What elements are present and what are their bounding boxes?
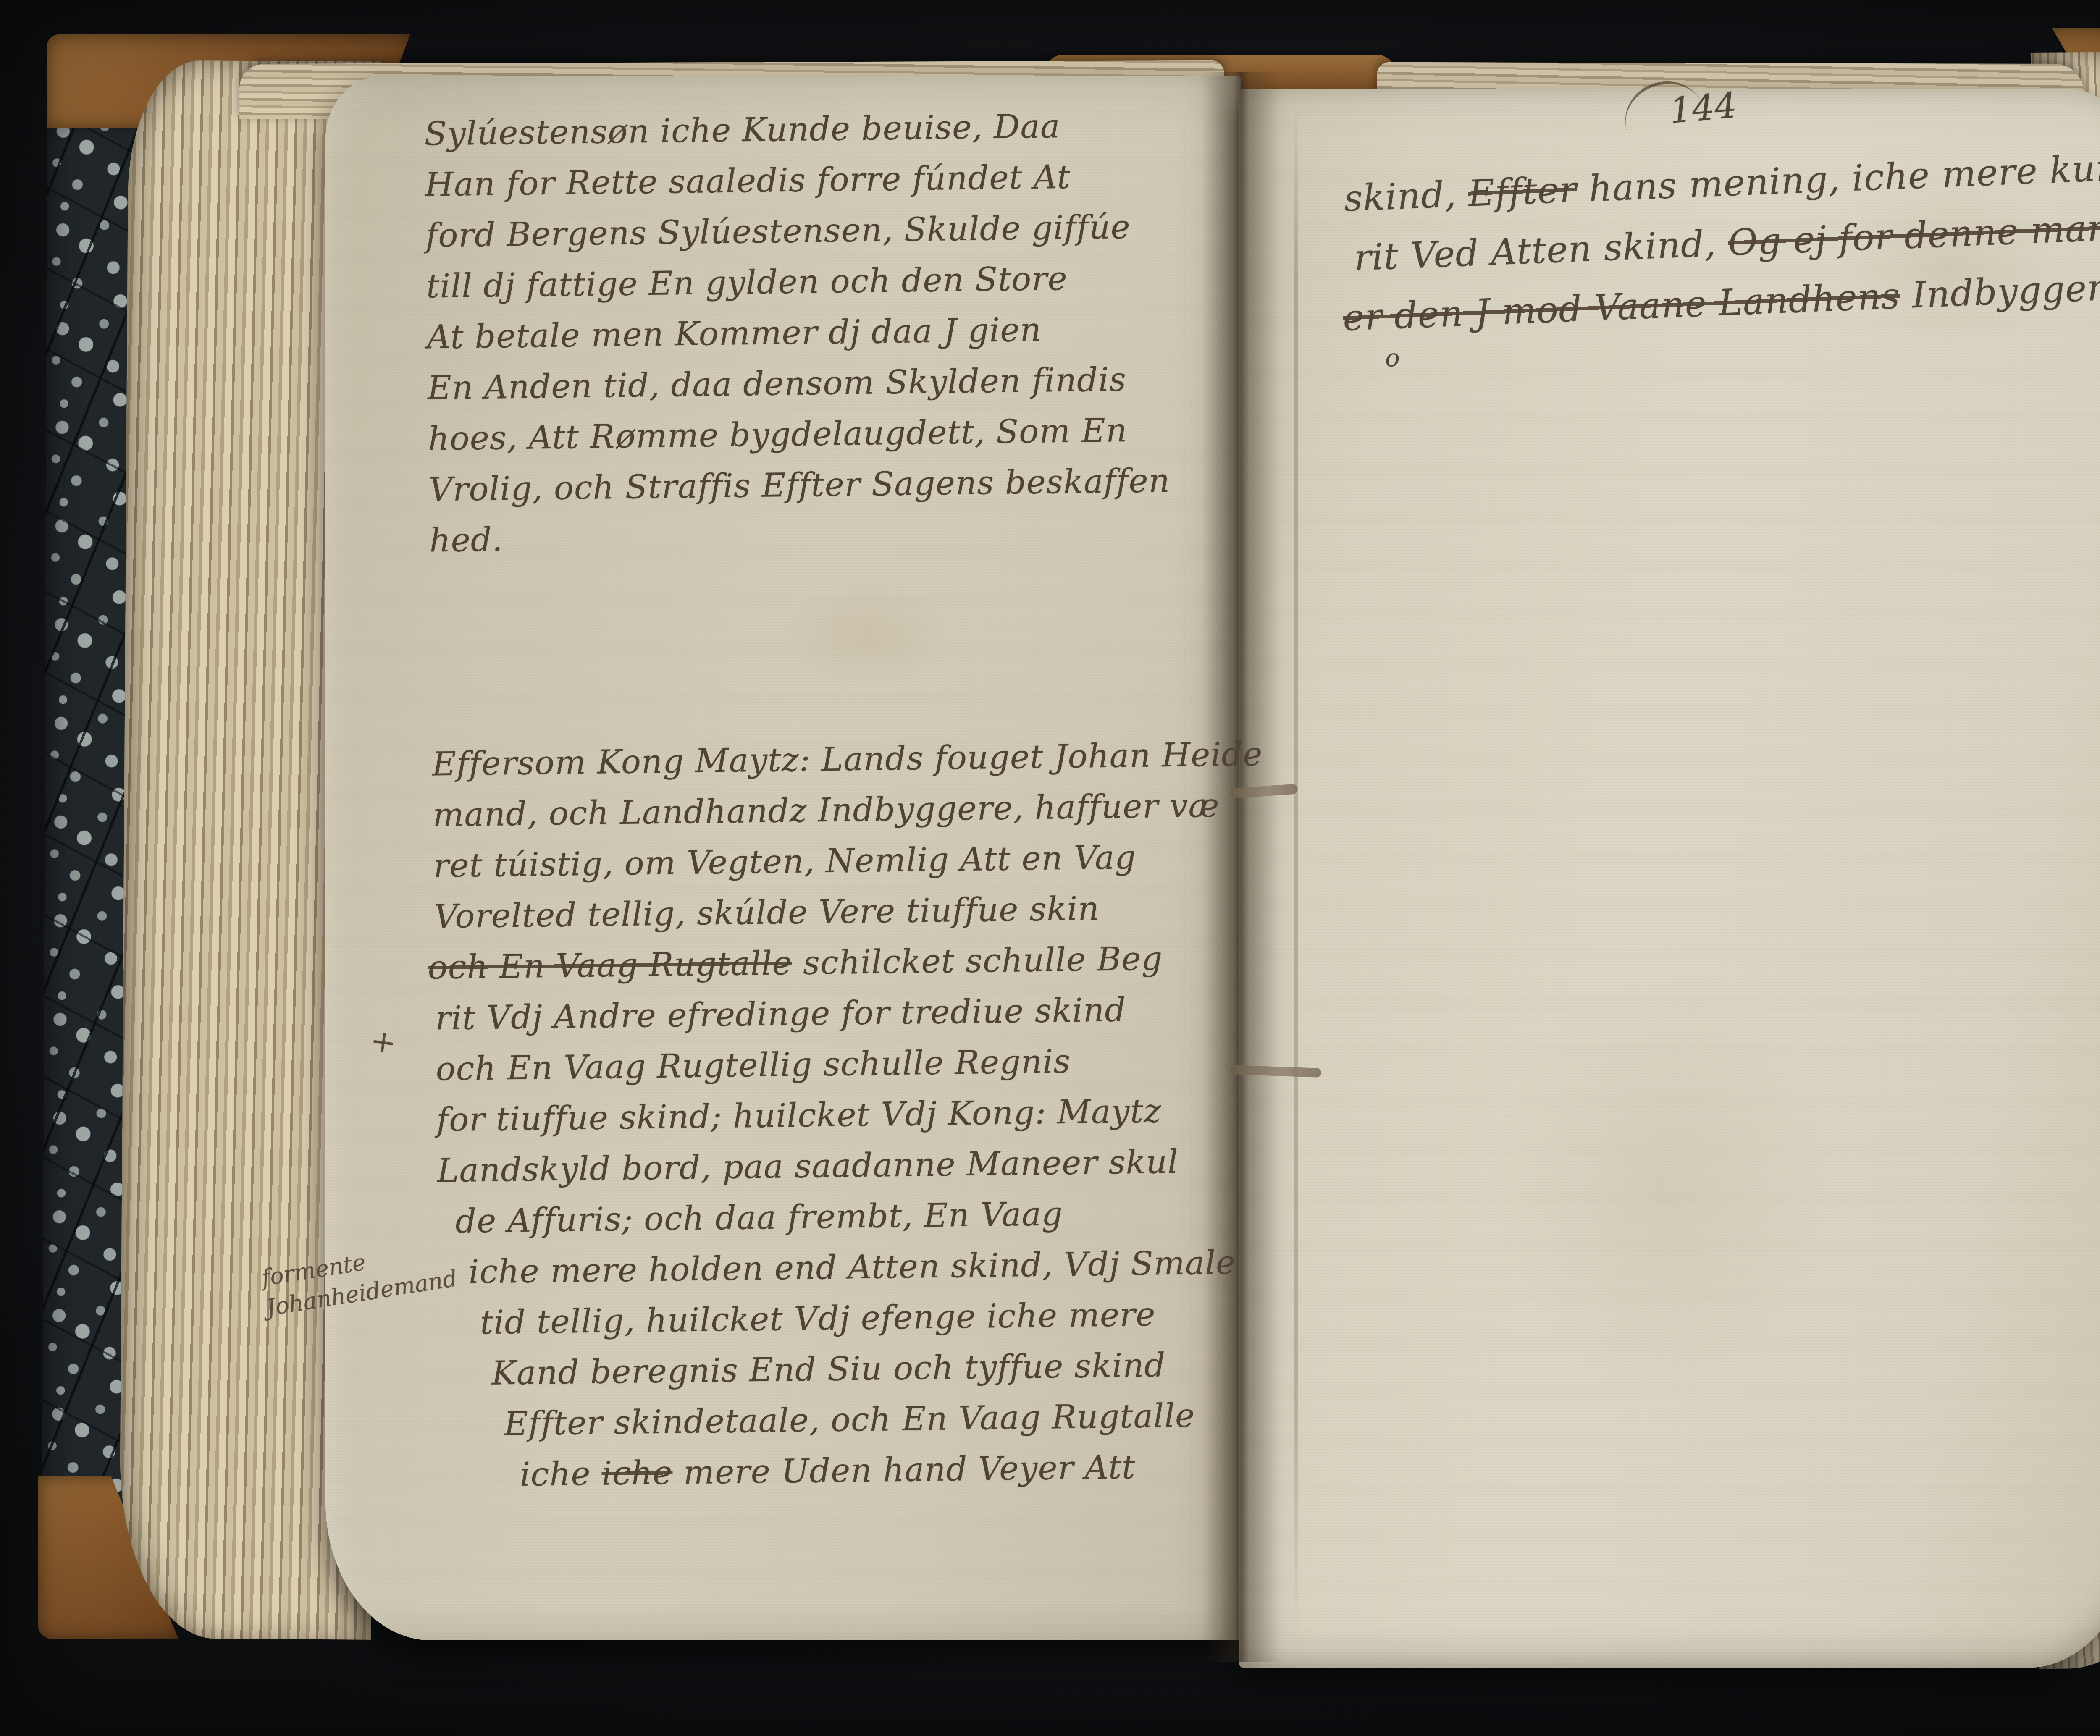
handwritten-text: tid tellig, huilcket Vdj efenge iche mer… xyxy=(480,1296,1156,1342)
manuscript-line: och En Vaag Rugtellig schulle Regnis xyxy=(436,1034,1226,1095)
manuscript-line: Sylúestensøn iche Kunde beuise, Daa xyxy=(424,100,1214,160)
folio-page-number: 144 xyxy=(1668,84,1738,131)
manuscript-line: ret túistig, om Vegten, Nemlig Att en Va… xyxy=(433,831,1223,892)
handwritten-text: ret túistig, om Vegten, Nemlig Att en Va… xyxy=(433,839,1136,885)
handwritten-text: rit Ved Atten skind, xyxy=(1353,222,1729,279)
left-page-paragraph-1: Sylúestensøn iche Kunde beuise, DaaHan f… xyxy=(424,100,1219,566)
manuscript-line: At betale men Kommer dj daa J gien xyxy=(427,303,1217,363)
handwritten-text: At betale men Kommer dj daa J gien xyxy=(427,311,1042,357)
stray-ink-mark: o xyxy=(1385,344,1400,372)
handwritten-text: Vrolig, och Straffis Effter Sagens beska… xyxy=(428,462,1170,509)
manuscript-line: Effter skindetaale, och En Vaag Rugtalle xyxy=(504,1390,1230,1450)
manuscript-line: Landskyld bord, paa saadanne Maneer skul xyxy=(437,1136,1227,1196)
handwritten-text: hed. xyxy=(429,521,503,559)
struck-text: Effter xyxy=(1467,168,1578,215)
manuscript-line: Vorelted tellig, skúlde Vere tiuffue ski… xyxy=(434,882,1224,943)
handwritten-text: och En Vaag Rugtellig schulle Regnis xyxy=(436,1043,1071,1088)
manuscript-line: hed. xyxy=(429,506,1219,566)
manuscript-line: for tiuffue skind; huilcket Vdj Kong: Ma… xyxy=(436,1085,1226,1146)
manuscript-line: iche mere holden end Atten skind, Vdj Sm… xyxy=(468,1238,1228,1298)
handwritten-text: Indbyggernis xyxy=(1899,265,2100,317)
manuscript-line: och En Vaag Rugtalle schilcket schulle B… xyxy=(428,933,1224,993)
margin-cross-mark: + xyxy=(368,1022,399,1062)
handwritten-text: Sylúestensøn iche Kunde beuise, Daa xyxy=(424,108,1060,153)
handwritten-text: de Affuris; och daa frembt, En Vaag xyxy=(455,1195,1063,1240)
handwritten-text: En Anden tid, daa densom Skylden findis xyxy=(427,361,1126,407)
struck-text: iche xyxy=(601,1454,673,1493)
left-page-text-block: Sylúestensøn iche Kunde beuise, DaaHan f… xyxy=(424,100,1231,1502)
handwritten-text: Han for Rette saaledis forre fúndet At xyxy=(425,158,1071,204)
handwritten-text: mand, och Landhandz Indbyggere, haffuer … xyxy=(433,787,1220,834)
manuscript-line: Effersom Kong Maytz: Lands fouget Johan … xyxy=(432,730,1222,790)
manuscript-line: Vrolig, och Straffis Effter Sagens beska… xyxy=(428,455,1218,516)
manuscript-line: rit Vdj Andre efredinge for trediue skin… xyxy=(435,983,1225,1044)
manuscript-line: hoes, Att Rømme bygdelaugdett, Som En xyxy=(428,404,1218,465)
right-page-text-block: skind, Effter hans mening, iche mere kun… xyxy=(1343,139,2100,348)
handwritten-text: iche xyxy=(520,1455,602,1494)
handwritten-text: Vorelted tellig, skúlde Vere tiuffue ski… xyxy=(434,890,1100,936)
manuscript-line: tid tellig, huilcket Vdj efenge iche mer… xyxy=(480,1288,1228,1348)
struck-text: och En Vaag Rugtalle xyxy=(428,944,792,987)
manuscript-line: Kand beregnis End Siu och tyffue skind xyxy=(491,1339,1229,1399)
handwritten-text: Kand beregnis End Siu och tyffue skind xyxy=(491,1346,1166,1392)
handwritten-text: Effersom Kong Maytz: Lands fouget Johan … xyxy=(432,735,1263,783)
handwritten-text: till dj fattige En gylden och den Store xyxy=(426,260,1068,306)
handwritten-text: iche mere holden end Atten skind, Vdj Sm… xyxy=(468,1244,1236,1291)
handwritten-text: hoes, Att Rømme bygdelaugdett, Som En xyxy=(428,412,1128,458)
handwritten-text: schilcket schulle Beg xyxy=(792,940,1163,982)
manuscript-line: mand, och Landhandz Indbyggere, haffuer … xyxy=(433,781,1223,841)
manuscript-line: ford Bergens Sylúestensen, Skulde giffúe xyxy=(425,201,1215,262)
manuscript-line: iche iche mere Uden hand Veyer Att xyxy=(520,1441,1231,1500)
manuscript-line: Han for Rette saaledis forre fúndet At xyxy=(425,150,1215,211)
left-page-paragraph-2: Effersom Kong Maytz: Lands fouget Johan … xyxy=(432,730,1231,1502)
manuscript-line: En Anden tid, daa densom Skylden findis xyxy=(427,354,1217,414)
handwritten-text: rit Vdj Andre efredinge for trediue skin… xyxy=(435,991,1126,1037)
manuscript-photograph: Sylúestensøn iche Kunde beuise, DaaHan f… xyxy=(0,0,2100,1736)
manuscript-line: de Affuris; och daa frembt, En Vaag xyxy=(455,1187,1227,1247)
handwritten-text: Effter skindetaale, och En Vaag Rugtalle xyxy=(504,1397,1195,1443)
handwritten-text: for tiuffue skind; huilcket Vdj Kong: Ma… xyxy=(436,1092,1162,1139)
manuscript-line: till dj fattige En gylden och den Store xyxy=(426,252,1216,312)
page-crease xyxy=(1294,103,1298,1631)
handwritten-text: mere Uden hand Veyer Att xyxy=(672,1448,1136,1492)
handwritten-text: ford Bergens Sylúestensen, Skulde giffúe xyxy=(425,208,1131,254)
handwritten-text: Landskyld bord, paa saadanne Maneer skul xyxy=(437,1143,1179,1190)
struck-text: Og ej for denne maneer xyxy=(1727,205,2100,264)
handwritten-text: skind, xyxy=(1343,173,1469,220)
